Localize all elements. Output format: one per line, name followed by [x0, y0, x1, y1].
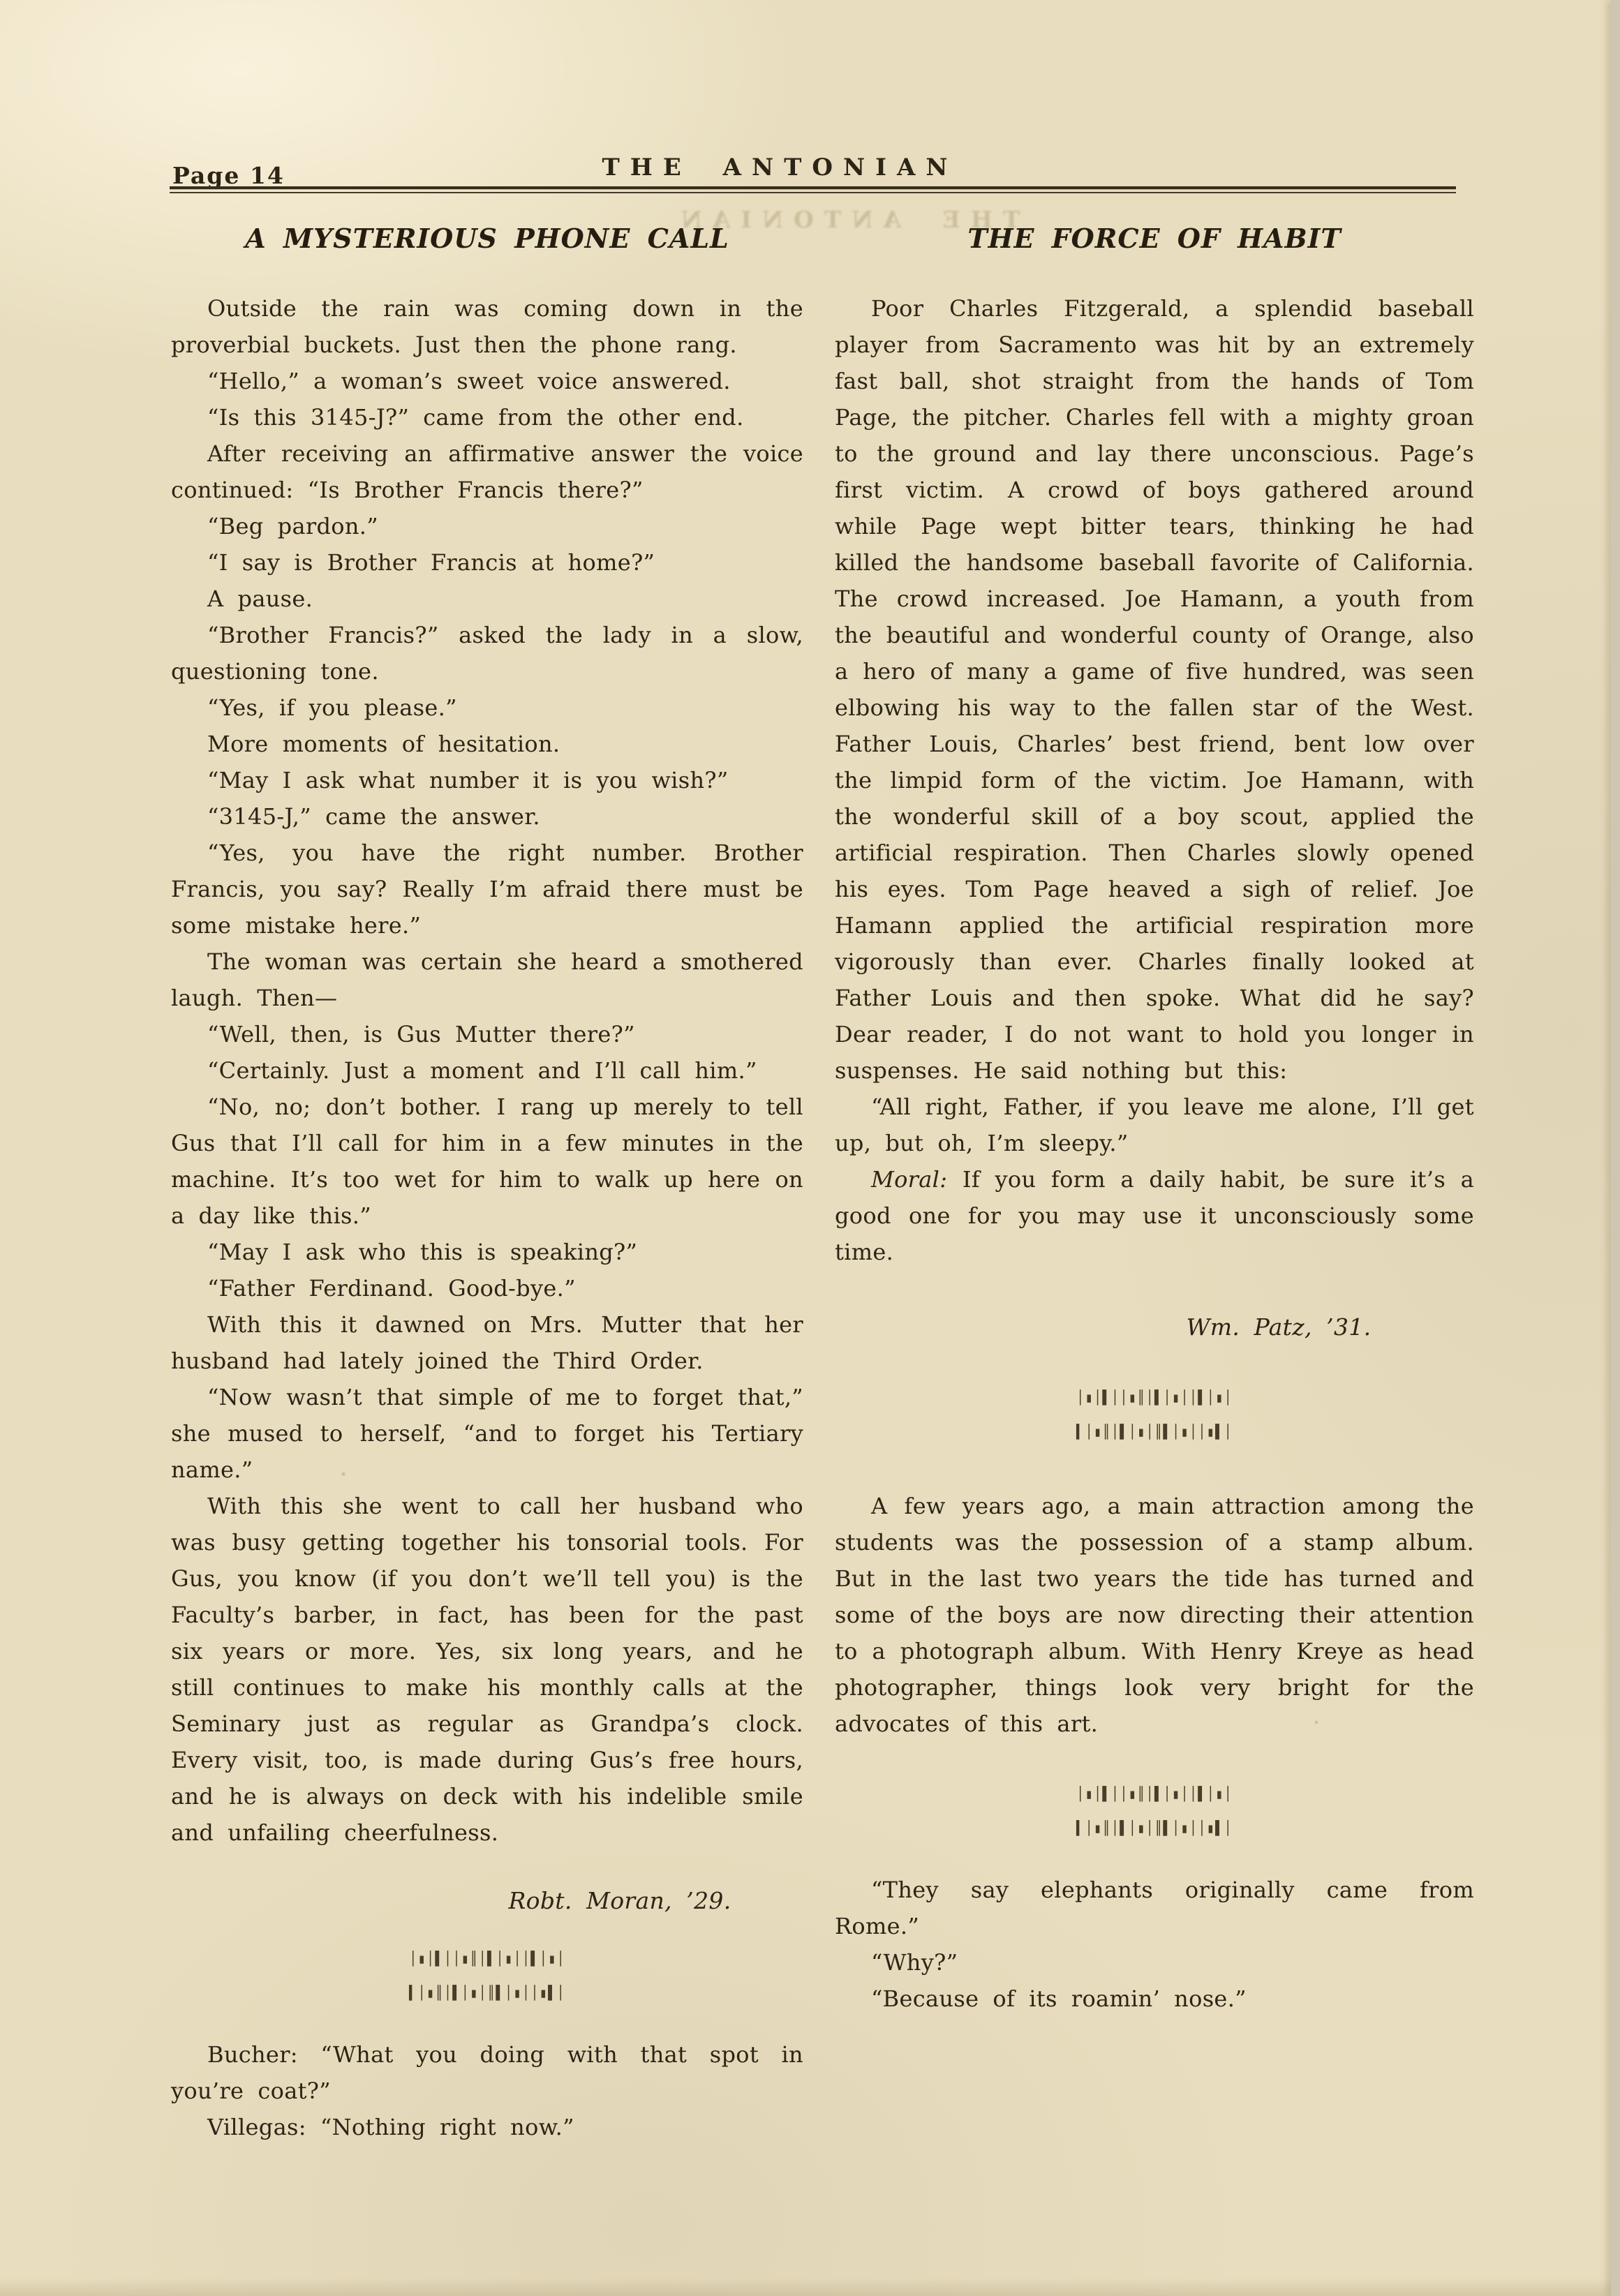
divider-ornament: │▮│▌││▮║│▌│▮││▌│▮│: [1076, 1788, 1233, 1801]
divider-ornament: ▍│▮║│▌│▮│║▌│▮││▮▌│: [1076, 1426, 1233, 1439]
masthead-title: THE ANTONIAN: [0, 154, 1560, 181]
header-double-rule: [170, 186, 1456, 189]
moral-label: Moral:: [871, 1166, 947, 1193]
joke-line: “Because of its roamin’ nose.”: [835, 1981, 1474, 2017]
right-column: THE FORCE OF HABIT Poor Charles Fitzgera…: [835, 222, 1474, 2017]
story-paragraph: “May I ask who this is speaking?”: [171, 1234, 803, 1270]
moral-paragraph: Moral: If you form a daily habit, be sur…: [835, 1161, 1474, 1270]
divider-ornament: ▍│▮║│▌│▮│║▌│▮││▮▌│: [1076, 1822, 1233, 1835]
story-paragraph: Poor Charles Fitzgerald, a splendid base…: [835, 290, 1474, 1089]
story-paragraph: “Is this 3145-J?” came from the other en…: [171, 399, 803, 435]
story-paragraph: With this it dawned on Mrs. Mutter that …: [171, 1306, 803, 1379]
article-title-mysterious-phone-call: A MYSTERIOUS PHONE CALL: [171, 222, 803, 255]
story-paragraph: “Hello,” a woman’s sweet voice answered.: [171, 363, 803, 399]
story-paragraph: With this she went to call her husband w…: [171, 1488, 803, 1851]
story-paragraph: “3145-J,” came the answer.: [171, 798, 803, 835]
story-paragraph: “Well, then, is Gus Mutter there?”: [171, 1016, 803, 1052]
story-paragraph: The woman was certain she heard a smothe…: [171, 944, 803, 1016]
story-paragraph: “Yes, you have the right number. Brother…: [171, 835, 803, 944]
joke-line: “Why?”: [835, 1944, 1474, 1981]
joke-line: “They say elephants originally came from…: [835, 1872, 1474, 1944]
story-paragraph: “All right, Father, if you leave me alon…: [835, 1089, 1474, 1161]
left-column: A MYSTERIOUS PHONE CALL Outside the rain…: [171, 222, 803, 2145]
joke-line: Bucher: “What you doing with that spot i…: [171, 2036, 803, 2109]
joke-line: Villegas: “Nothing right now.”: [171, 2109, 803, 2145]
divider-ornament: │▮│▌││▮║│▌│▮││▌│▮│: [409, 1953, 565, 1966]
story-paragraph: “Brother Francis?” asked the lady in a s…: [171, 617, 803, 689]
article-title-force-of-habit: THE FORCE OF HABIT: [835, 222, 1474, 255]
story-paragraph: “Now wasn’t that simple of me to forget …: [171, 1379, 803, 1488]
story-paragraph: After receiving an affirmative answer th…: [171, 435, 803, 508]
scanned-magazine-page: Page 14 THE ANTONIAN THE ANTONIAN A MYST…: [0, 0, 1620, 2296]
divider-ornament: │▮│▌││▮║│▌│▮││▌│▮│: [1076, 1392, 1233, 1405]
story-paragraph: A pause.: [171, 581, 803, 617]
story-paragraph: “Beg pardon.”: [171, 508, 803, 544]
story-paragraph: “Father Ferdinand. Good-bye.”: [171, 1270, 803, 1306]
story-paragraph: More moments of hesitation.: [171, 726, 803, 762]
story-paragraph: “No, no; don’t bother. I rang up merely …: [171, 1089, 803, 1234]
author-signature: Wm. Patz, ’31.: [959, 1309, 1598, 1345]
story-paragraph: A few years ago, a main attraction among…: [835, 1488, 1474, 1742]
divider-ornament: ▍│▮║│▌│▮│║▌│▮││▮▌│: [409, 1987, 565, 2000]
story-paragraph: “Yes, if you please.”: [171, 689, 803, 726]
story-paragraph: Outside the rain was coming down in the …: [171, 290, 803, 363]
story-paragraph: “May I ask what number it is you wish?”: [171, 762, 803, 798]
story-paragraph: “I say is Brother Francis at home?”: [171, 544, 803, 581]
story-paragraph: “Certainly. Just a moment and I’ll call …: [171, 1052, 803, 1089]
